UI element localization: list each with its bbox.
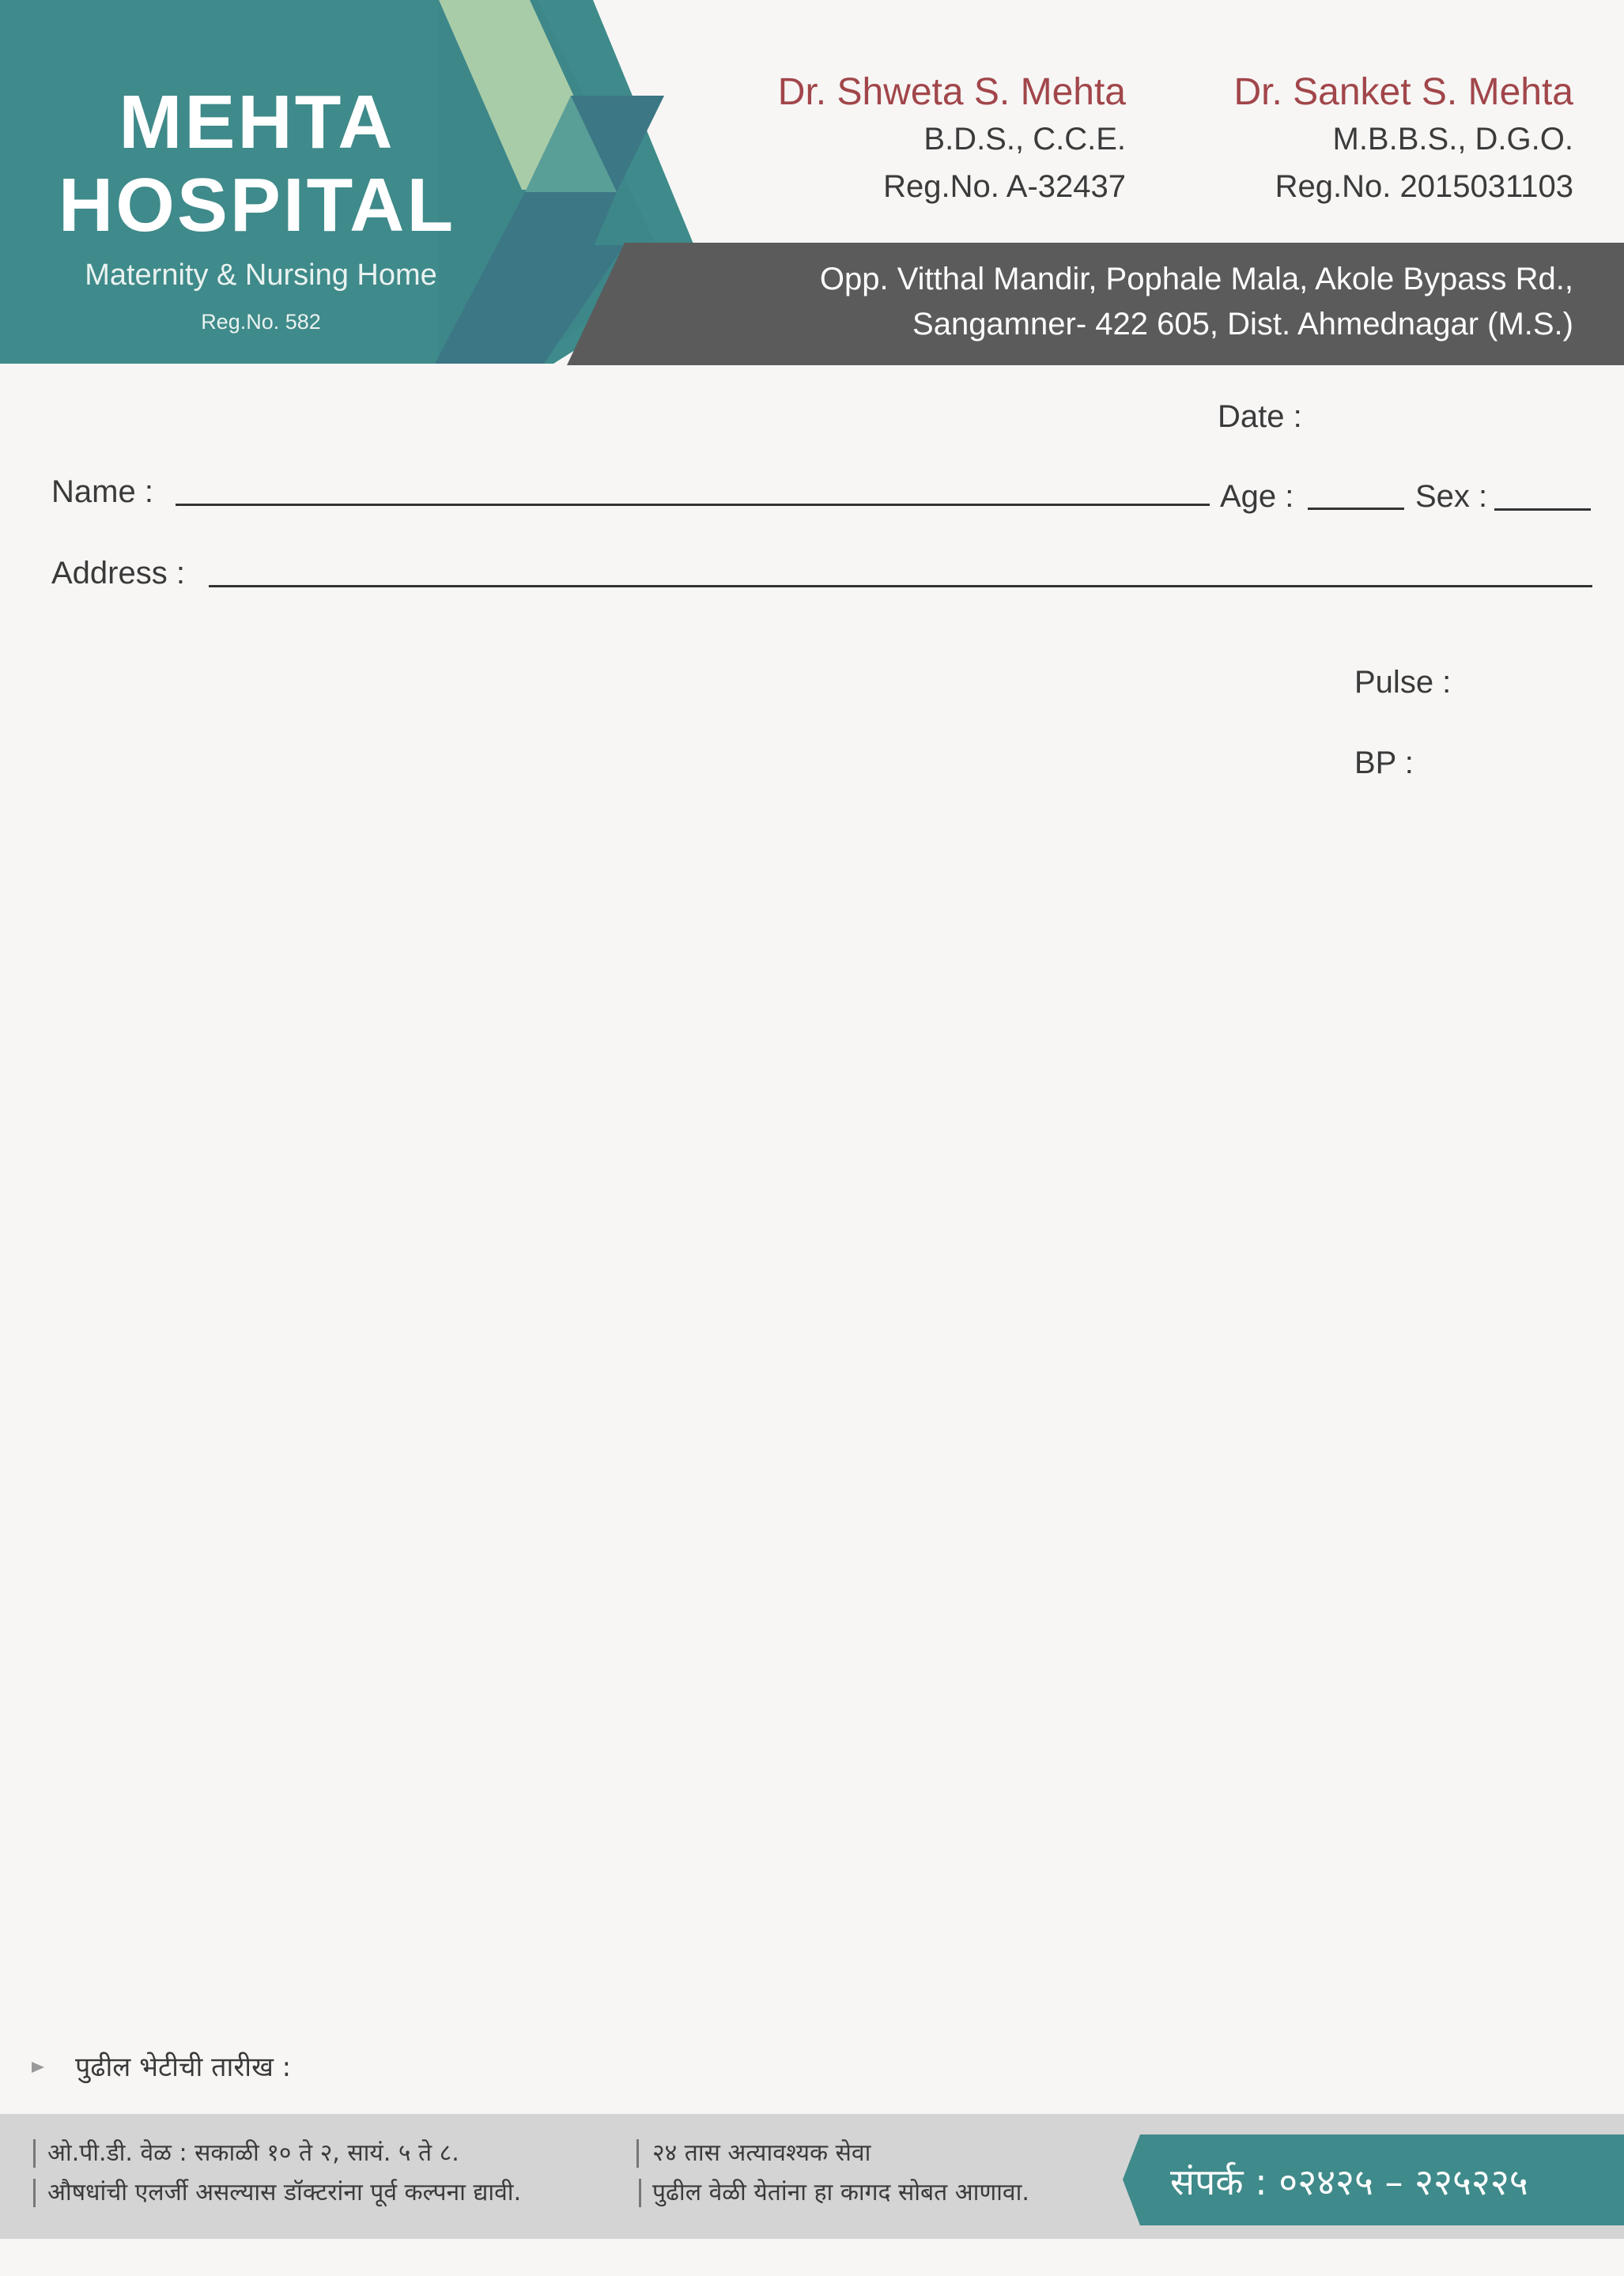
date-label: Date : — [1218, 399, 1302, 435]
name-field[interactable] — [176, 504, 1210, 506]
doctor-1: Dr. Shweta S. Mehta B.D.S., C.C.E. Reg.N… — [778, 70, 1126, 210]
divider — [636, 2139, 639, 2168]
address-line1: Opp. Vitthal Mandir, Pophale Mala, Akole… — [820, 257, 1573, 302]
divider — [33, 2139, 36, 2168]
doctor-qualification: M.B.B.S., D.G.O. — [1233, 115, 1573, 163]
sex-field[interactable] — [1494, 508, 1591, 511]
opd-hours: ओ.पी.डी. वेळ : सकाळी १० ते २, सायं. ५ ते… — [47, 2135, 459, 2168]
pulse-field[interactable] — [1463, 661, 1605, 700]
doctor-name: Dr. Sanket S. Mehta — [1233, 70, 1573, 115]
pulse-label: Pulse : — [1354, 665, 1451, 700]
address-line2: Sangamner- 422 605, Dist. Ahmednagar (M.… — [820, 302, 1573, 347]
address-label: Address : — [51, 556, 185, 591]
next-visit-field[interactable] — [364, 2048, 759, 2087]
hospital-subtitle: Maternity & Nursing Home — [0, 259, 522, 293]
hospital-name-line1: MEHTA — [0, 79, 514, 166]
arrow-icon — [32, 2062, 44, 2073]
prescription-area[interactable] — [47, 625, 1281, 2016]
sex-label: Sex : — [1415, 479, 1487, 515]
bp-field[interactable] — [1415, 742, 1605, 781]
bring-paper-note: पुढील वेळी येतांना हा कागद सोबत आणावा. — [652, 2175, 1029, 2207]
next-visit-label: पुढील भेटीची तारीख : — [75, 2048, 291, 2084]
doctor-name: Dr. Shweta S. Mehta — [778, 70, 1126, 115]
allergy-note: औषधांची एलर्जी असल्यास डॉक्टरांना पूर्व … — [47, 2175, 521, 2207]
doctor-reg-no: Reg.No. A-32437 — [778, 163, 1126, 210]
emergency-service: २४ तास अत्यावश्यक सेवा — [652, 2135, 871, 2168]
age-label: Age : — [1220, 479, 1294, 515]
hospital-name-line2: HOSPITAL — [0, 162, 534, 249]
hospital-address: Opp. Vitthal Mandir, Pophale Mala, Akole… — [820, 257, 1573, 347]
doctor-qualification: B.D.S., C.C.E. — [778, 115, 1126, 163]
name-label: Name : — [51, 474, 153, 510]
hospital-reg-no: Reg.No. 582 — [0, 310, 522, 334]
divider — [33, 2179, 36, 2207]
bp-label: BP : — [1354, 745, 1414, 781]
address-field[interactable] — [209, 585, 1592, 587]
date-field[interactable] — [1320, 395, 1581, 435]
divider — [639, 2179, 641, 2207]
doctor-reg-no: Reg.No. 2015031103 — [1233, 163, 1573, 210]
contact-number: संपर्क : ०२४२५ – २२५२२५ — [1170, 2157, 1528, 2206]
age-field[interactable] — [1308, 508, 1404, 510]
doctor-2: Dr. Sanket S. Mehta M.B.B.S., D.G.O. Reg… — [1233, 70, 1573, 210]
